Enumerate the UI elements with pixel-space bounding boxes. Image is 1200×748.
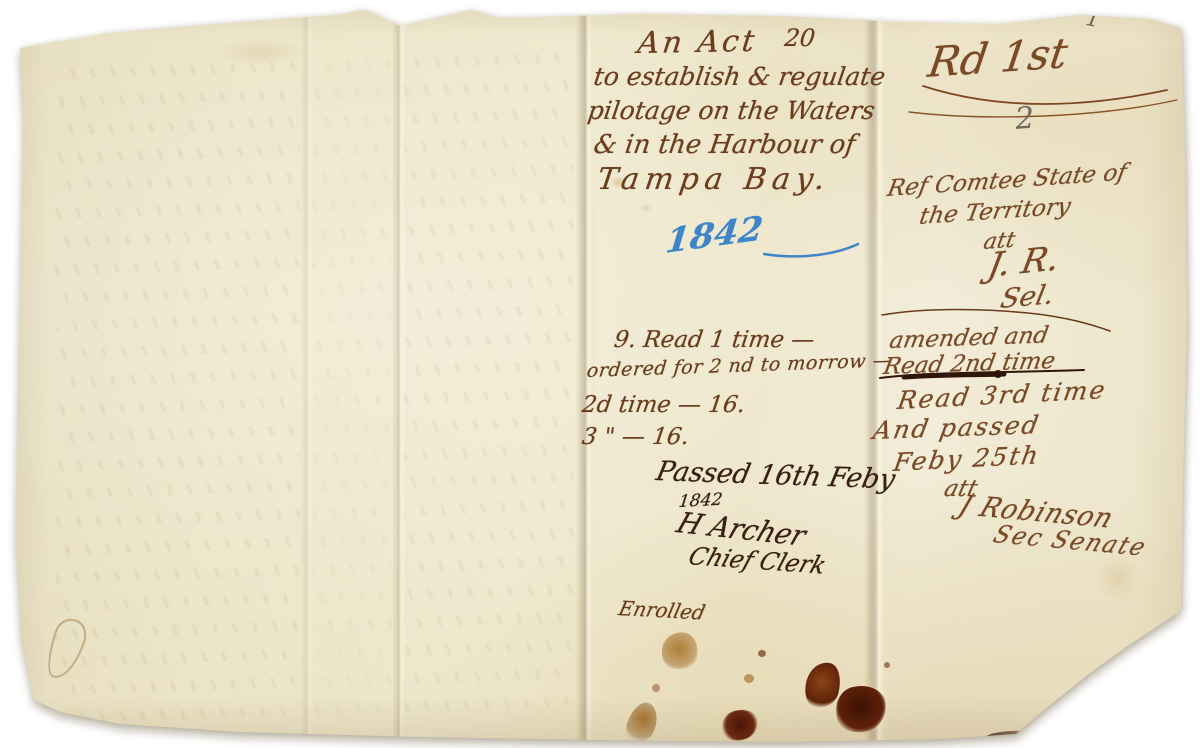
stain-ochre-lower bbox=[622, 698, 663, 747]
bleedthrough-text-right bbox=[404, 52, 574, 728]
stain-dark-large bbox=[833, 683, 889, 736]
act-title-line4: & in the Harbour of bbox=[592, 130, 857, 160]
third-reading-line2: And passed bbox=[871, 410, 1043, 445]
act-title-line1: An Act bbox=[636, 24, 760, 61]
referral-line2: the Territory bbox=[917, 194, 1072, 230]
stain-speck-2 bbox=[744, 674, 754, 683]
act-title-line2: to establish & regulate bbox=[592, 62, 887, 91]
house-reading-line1: 9. Read 1 time — bbox=[612, 327, 816, 353]
blue-pencil-year: 1842 bbox=[664, 209, 765, 262]
act-title-line5: Tampa Bay. bbox=[595, 162, 833, 197]
stain-speck-1 bbox=[758, 650, 766, 657]
act-number: 20 bbox=[783, 24, 816, 52]
stain-red-mid bbox=[801, 658, 846, 711]
passed-date-line: Passed 16th Feby bbox=[653, 456, 897, 495]
house-reading-line4: 3 " — 16. bbox=[580, 424, 690, 450]
stain-bottom-smear bbox=[986, 729, 1035, 741]
second-reading-line2: Read 2nd time bbox=[881, 348, 1057, 380]
referral-line1: Ref Comtee State of bbox=[885, 160, 1128, 202]
blue-year-tail-flourish bbox=[762, 240, 862, 262]
bleedthrough-text-left bbox=[55, 61, 300, 725]
manuscript-paper: An Act 20 to establish & regulate pilota… bbox=[0, 0, 1200, 748]
stain-speck-3 bbox=[652, 684, 660, 692]
referral-initials: J. R. bbox=[985, 239, 1063, 286]
stain-dark-left bbox=[719, 706, 761, 744]
stain-ochre-upper bbox=[658, 629, 701, 674]
referral-line5: Sel. bbox=[998, 279, 1057, 314]
senate-secretary-title: Sec Senate bbox=[990, 520, 1152, 561]
senate-pencil-two: 2 bbox=[1014, 101, 1035, 137]
act-title-line3: pilotage on the Waters bbox=[586, 96, 877, 125]
crease-loop-mark bbox=[41, 615, 91, 684]
bleedthrough-text-mid bbox=[312, 59, 392, 722]
third-reading-line3: Feby 25th bbox=[891, 440, 1042, 477]
fold-crease-2 bbox=[392, 0, 406, 748]
senate-read-first: Rd 1st bbox=[925, 28, 1071, 86]
house-reading-line3: 2d time — 16. bbox=[580, 392, 747, 418]
house-reading-line2: ordered for 2 nd to morrow — bbox=[586, 349, 894, 382]
clerk-title: Chief Clerk bbox=[685, 542, 830, 580]
paper-shadow: An Act 20 to establish & regulate pilota… bbox=[0, 0, 1200, 748]
fold-crease-1 bbox=[300, 0, 314, 748]
manuscript-scan: An Act 20 to establish & regulate pilota… bbox=[0, 0, 1200, 748]
pencil-page-number: 1 bbox=[1084, 6, 1102, 33]
enrolled-note: Enrolled bbox=[617, 596, 708, 624]
third-reading-line1: Read 3rd time bbox=[895, 375, 1108, 415]
stain-speck-4 bbox=[884, 662, 890, 668]
